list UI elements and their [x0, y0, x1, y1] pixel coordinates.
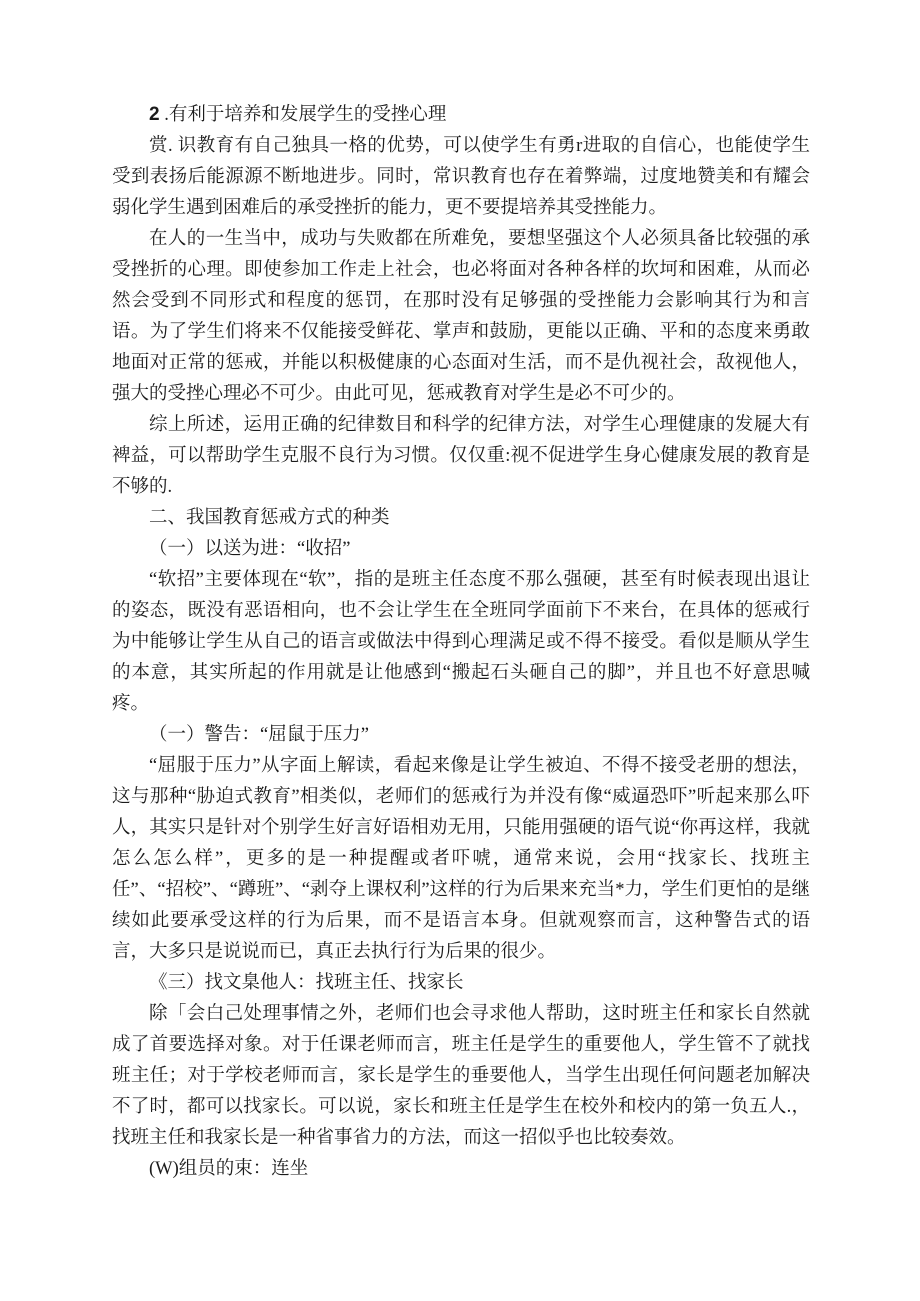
sub-heading: （一）以送为进：“收招” — [112, 534, 810, 565]
sub-heading: 《三）找文臬他人：找班主任、找家长 — [112, 968, 810, 999]
paragraph: 除「会白己处理事情之外，老师们也会寻求他人帮助，这时班主任和家长自然就成了首要选… — [112, 999, 810, 1154]
paragraph: 赏. 识教育有自己独具一格的优势，可以使学生有勇r进取的自信心，也能使学生受到表… — [112, 131, 810, 224]
paragraph: 综上所述，运用正确的纪律数目和科学的纪律方法，对学生心理健康的发屣大有裨益，可以… — [112, 410, 810, 503]
sub-heading: （一）警告：“屈鼠于压力” — [112, 720, 810, 751]
paragraph: “屈服于压力”从字面上解读，看起来像是让学生被迫、不得不接受老册的想法，这与那种… — [112, 751, 810, 968]
section-heading-2: 2 .有利于培养和发展学生的受挫心理 — [112, 99, 810, 131]
heading-text: .有利于培养和发展学生的受挫心理 — [160, 105, 447, 125]
document-page: 2 .有利于培养和发展学生的受挫心理 赏. 识教育有自己独具一格的优势，可以使学… — [0, 0, 920, 1301]
section-heading: 二、我国教育惩戒方式的种类 — [112, 503, 810, 534]
heading-number: 2 — [149, 104, 160, 125]
sub-heading: (W)组员的束：连坐 — [112, 1154, 810, 1185]
paragraph: “软招”主要体现在“软”，指的是班主任态度不那么强硬，甚至有时候表现出退让的姿态… — [112, 565, 810, 720]
paragraph: 在人的一生当中，成功与失败都在所难免，要想坚强这个人必须具备比较强的承受挫折的心… — [112, 224, 810, 410]
